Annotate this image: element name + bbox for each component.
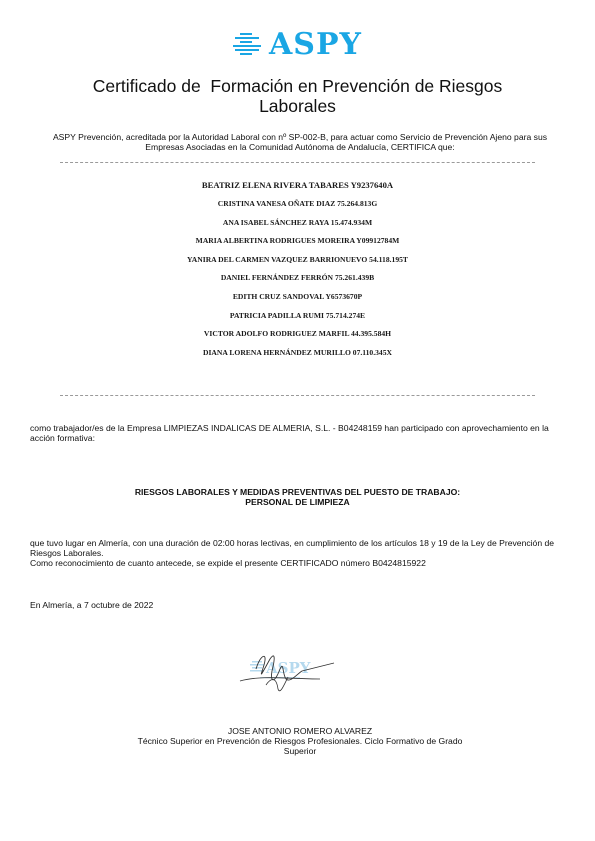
course-title-line2: PERSONAL DE LIMPIEZA: [30, 497, 565, 507]
aspy-logo: ASPY: [0, 30, 595, 60]
dashed-divider-bottom: [60, 395, 535, 396]
signature: ASPY: [230, 645, 350, 700]
worker-list: BEATRIZ ELENA RIVERA TABARES Y9237640A C…: [0, 175, 595, 362]
worker-name: EDITH CRUZ SANDOVAL Y6573670P: [0, 288, 595, 307]
intro-paragraph: ASPY Prevención, acreditada por la Autor…: [40, 132, 560, 152]
logo-text: ASPY: [269, 30, 362, 60]
stacked-bars-logo-icon: [233, 32, 261, 58]
worker-name: VICTOR ADOLFO RODRIGUEZ MARFIL 44.395.58…: [0, 325, 595, 344]
certificate-title: Certificado de Formación en Prevención d…: [60, 76, 535, 116]
worker-name: PATRICIA PADILLA RUMI 75.714.274E: [0, 307, 595, 326]
worker-name: CRISTINA VANESA OÑATE DIAZ 75.264.813G: [0, 195, 595, 214]
course-title-line1: RIESGOS LABORALES Y MEDIDAS PREVENTIVAS …: [30, 487, 565, 497]
details-paragraph: que tuvo lugar en Almería, con una durac…: [30, 538, 565, 568]
course-title: RIESGOS LABORALES Y MEDIDAS PREVENTIVAS …: [30, 487, 565, 507]
signer-block: JOSE ANTONIO ROMERO ALVAREZ Técnico Supe…: [100, 726, 500, 756]
signature-icon: ASPY: [230, 645, 350, 700]
company-paragraph: como trabajador/es de la Empresa LIMPIEZ…: [30, 423, 550, 443]
signer-role: Técnico Superior en Prevención de Riesgo…: [135, 736, 465, 756]
worker-name: ANA ISABEL SÁNCHEZ RAYA 15.474.934M: [0, 214, 595, 233]
worker-name: DANIEL FERNÁNDEZ FERRÓN 75.261.439B: [0, 269, 595, 288]
issue-date: En Almería, a 7 octubre de 2022: [30, 600, 153, 610]
signer-name: JOSE ANTONIO ROMERO ALVAREZ: [100, 726, 500, 736]
details-line2: Como reconocimiento de cuanto antecede, …: [30, 558, 565, 568]
details-line1: que tuvo lugar en Almería, con una durac…: [30, 538, 565, 558]
worker-name: DIANA LORENA HERNÁNDEZ MURILLO 07.110.34…: [0, 344, 595, 363]
worker-name: MARIA ALBERTINA RODRIGUES MOREIRA Y09912…: [0, 232, 595, 251]
certificate-page: ASPY Certificado de Formación en Prevenc…: [0, 0, 595, 841]
worker-name: BEATRIZ ELENA RIVERA TABARES Y9237640A: [0, 175, 595, 195]
dashed-divider-top: [60, 162, 535, 163]
worker-name: YANIRA DEL CARMEN VAZQUEZ BARRIONUEVO 54…: [0, 251, 595, 270]
